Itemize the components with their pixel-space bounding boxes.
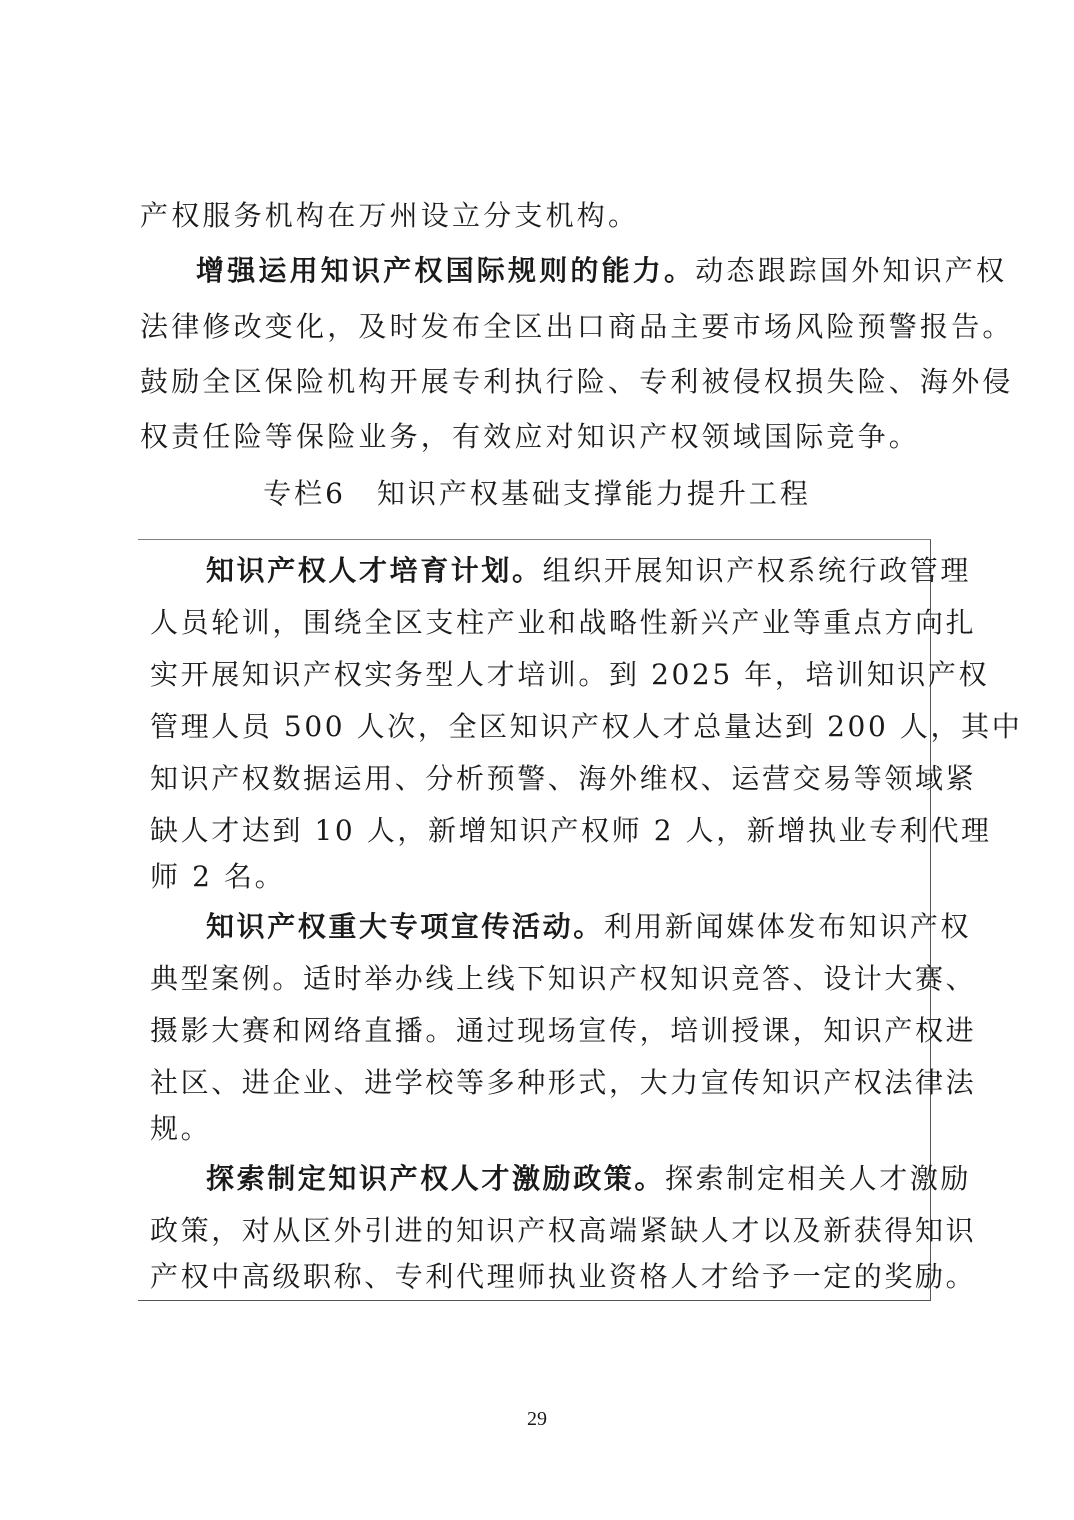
paragraph-text: 动态跟踪国外知识产权 — [695, 254, 1007, 287]
box-p3-line-2: 政策，对从区外引进的知识产权高端紧缺人才以及新获得知识 — [150, 1215, 925, 1247]
box-p3-line-3: 产权中高级职称、专利代理师执业资格人才给予一定的奖励。 — [150, 1261, 925, 1293]
box-text: 探索制定相关人才激励 — [665, 1162, 971, 1195]
intro-para-2-line-1: 增强运用知识产权国际规则的能力。动态跟踪国外知识产权 — [196, 255, 940, 287]
box-p3-line-1: 探索制定知识产权人才激励政策。探索制定相关人才激励 — [206, 1163, 925, 1195]
section-heading: 增强运用知识产权国际规则的能力。 — [196, 254, 695, 287]
box-p2-line-3: 摄影大赛和网络直播。通过现场宣传，培训授课，知识产权进 — [150, 1015, 925, 1047]
box-p1-line-4: 管理人员 500 人次，全区知识产权人才总量达到 200 人，其中 — [150, 711, 925, 743]
box-p1-line-2: 人员轮训，围绕全区支柱产业和战略性新兴产业等重点方向扎 — [150, 607, 925, 639]
box-p2-line-4: 社区、进企业、进学校等多种形式，大力宣传知识产权法律法 — [150, 1067, 925, 1099]
intro-para-2-line-4: 权责任险等保险业务，有效应对知识产权领域国际竞争。 — [140, 421, 940, 453]
box-title: 专栏6 知识产权基础支撑能力提升工程 — [0, 478, 1074, 510]
box-p1-line-6: 缺人才达到 10 人，新增知识产权师 2 人，新增执业专利代理 — [150, 815, 925, 847]
box-p2-line-5: 规。 — [150, 1113, 925, 1145]
box-p2-line-1: 知识产权重大专项宣传活动。利用新闻媒体发布知识产权 — [206, 911, 925, 943]
intro-line-1: 产权服务机构在万州设立分支机构。 — [140, 200, 940, 232]
box-p1-line-5: 知识产权数据运用、分析预警、海外维权、运营交易等领域紧 — [150, 763, 925, 795]
box-heading: 知识产权重大专项宣传活动。 — [206, 910, 604, 943]
box-p1-line-7: 师 2 名。 — [150, 861, 925, 893]
intro-para-2-line-3: 鼓励全区保险机构开展专利执行险、专利被侵权损失险、海外侵 — [140, 366, 940, 398]
box-p1-line-3: 实开展知识产权实务型人才培训。到 2025 年，培训知识产权 — [150, 659, 925, 691]
page-number: 29 — [0, 1408, 1074, 1431]
box-text: 组织开展知识产权系统行政管理 — [543, 554, 971, 587]
box-heading: 探索制定知识产权人才激励政策。 — [206, 1162, 665, 1195]
box-heading: 知识产权人才培育计划。 — [206, 554, 543, 587]
box-p2-line-2: 典型案例。适时举办线上线下知识产权知识竞答、设计大赛、 — [150, 963, 925, 995]
intro-para-2-line-2: 法律修改变化，及时发布全区出口商品主要市场风险预警报告。 — [140, 311, 940, 343]
box-p1-line-1: 知识产权人才培育计划。组织开展知识产权系统行政管理 — [206, 555, 925, 587]
box-text: 利用新闻媒体发布知识产权 — [604, 910, 971, 943]
